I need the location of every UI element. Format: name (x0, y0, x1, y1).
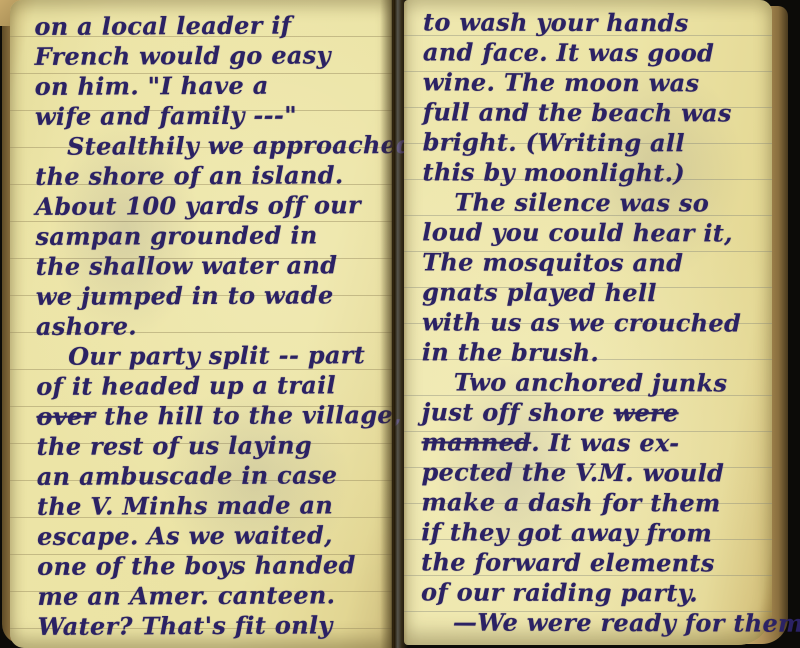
handwritten-line: me an Amer. canteen. (37, 580, 389, 612)
handwritten-line: About 100 yards off our (35, 190, 387, 222)
handwriting-segment: —We were ready for them (453, 608, 800, 638)
handwritten-line: to wash your hands (423, 7, 769, 38)
right-page: to wash your handsand face. It was goodw… (404, 0, 772, 645)
handwriting-segment: the shore of an island. (35, 160, 343, 191)
handwriting-segment: we jumped in to wade (36, 280, 334, 311)
handwriting-segment: loud you could hear it, (422, 217, 733, 247)
handwriting-segment: sampan grounded in (35, 220, 317, 250)
handwritten-line: the V. Minhs made an (37, 490, 389, 522)
handwritten-line: ashore. (36, 310, 388, 342)
handwritten-line: Two anchored junks (422, 367, 768, 398)
handwritten-line: Our party split -- part (36, 340, 388, 372)
handwritten-line: in the brush. (422, 337, 768, 368)
handwriting-segment: Two anchored junks (454, 368, 728, 398)
handwriting-segment: of our raiding party. (421, 577, 698, 607)
handwriting-segment: the rest of us laying (37, 430, 312, 460)
handwriting-segment: to wash your hands (423, 7, 689, 37)
handwritten-text-right: to wash your handsand face. It was goodw… (421, 7, 769, 638)
handwriting-segment: on a local leader if (34, 11, 291, 41)
handwritten-line: wife and family ---" (35, 100, 387, 132)
handwritten-line: of our raiding party. (421, 577, 767, 608)
handwritten-line: Water? That's fit only (37, 610, 389, 642)
handwriting-segment: the forward elements (421, 547, 715, 577)
handwriting-segment: one of the boys handed (37, 550, 356, 581)
handwritten-text-left: on a local leader ifFrench would go easy… (34, 10, 389, 642)
handwritten-line: The silence was so (422, 187, 768, 218)
handwriting-segment: French would go easy (35, 40, 331, 71)
handwritten-line: the rest of us laying (37, 430, 389, 462)
handwriting-segment: make a dash for them (421, 487, 720, 517)
handwriting-segment: About 100 yards off our (35, 190, 361, 221)
handwriting-segment: and face. It was good (423, 37, 714, 67)
handwritten-line: if they got away from (421, 517, 767, 548)
handwriting-segment: the shallow water and (36, 250, 338, 281)
handwriting-segment: The silence was so (454, 188, 709, 218)
handwriting-segment: ashore. (36, 311, 137, 341)
handwriting-segment: wine. The moon was (423, 67, 700, 97)
handwritten-line: wine. The moon was (423, 67, 769, 98)
handwritten-line: French would go easy (35, 40, 387, 72)
handwriting-segment: Water? That's fit only (37, 610, 332, 641)
handwriting-segment: with us as we crouched (422, 307, 741, 337)
left-page: on a local leader ifFrench would go easy… (10, 0, 392, 648)
handwriting-segment: . It was ex- (531, 428, 679, 458)
handwritten-line: of it headed up a trail (36, 370, 388, 402)
handwritten-line: loud you could hear it, (422, 217, 768, 248)
handwriting-segment: just off shore (422, 397, 614, 427)
handwriting-segment: pected the V.M. would (421, 457, 724, 487)
handwritten-line: gnats played hell (422, 277, 768, 308)
handwritten-line: Stealthily we approached (35, 130, 387, 162)
handwritten-line: make a dash for them (421, 487, 767, 518)
handwritten-line: full and the beach was (423, 97, 769, 128)
handwritten-line: this by moonlight.) (422, 157, 768, 188)
handwritten-line: manned. It was ex- (422, 427, 768, 458)
handwritten-line: on him. "I have a (35, 70, 387, 102)
handwritten-line: sampan grounded in (35, 220, 387, 252)
struck-out-word: over (36, 402, 95, 431)
handwritten-line: escape. As we waited, (37, 520, 389, 552)
handwritten-line: an ambuscade in case (37, 460, 389, 492)
handwriting-segment: escape. As we waited, (37, 520, 333, 551)
diary-photo: on a local leader ifFrench would go easy… (0, 0, 800, 648)
handwriting-segment: this by moonlight.) (422, 157, 685, 187)
handwriting-segment: gnats played hell (422, 277, 657, 307)
handwriting-segment: on him. "I have a (35, 71, 269, 101)
handwritten-line: the shore of an island. (35, 160, 387, 192)
handwriting-segment: bright. (Writing all (423, 127, 685, 157)
handwritten-line: just off shore were (422, 397, 768, 428)
handwritten-line: the shallow water and (36, 250, 388, 282)
handwriting-segment: me an Amer. canteen. (37, 580, 335, 611)
handwriting-segment: an ambuscade in case (37, 460, 338, 491)
struck-out-word: were (613, 398, 678, 427)
handwritten-line: we jumped in to wade (36, 280, 388, 312)
handwritten-line: pected the V.M. would (421, 457, 767, 488)
handwritten-line: over the hill to the village, (36, 400, 388, 432)
handwritten-line: on a local leader if (34, 10, 386, 42)
handwritten-line: bright. (Writing all (423, 127, 769, 158)
handwriting-segment: The mosquitos and (422, 247, 683, 277)
handwritten-line: with us as we crouched (422, 307, 768, 338)
handwriting-segment: if they got away from (421, 517, 712, 547)
handwriting-segment: Stealthily we approached (67, 130, 413, 161)
handwriting-segment: Our party split -- part (68, 340, 365, 371)
handwritten-line: the forward elements (421, 547, 767, 578)
handwriting-segment: full and the beach was (423, 97, 732, 127)
handwritten-line: The mosquitos and (422, 247, 768, 278)
handwritten-line: one of the boys handed (37, 550, 389, 582)
handwriting-segment: wife and family ---" (35, 101, 297, 131)
handwritten-line: —We were ready for them (421, 607, 767, 638)
handwriting-segment: the hill to the village, (95, 400, 401, 431)
struck-out-word: manned (422, 427, 532, 456)
handwriting-segment: of it headed up a trail (36, 370, 336, 401)
handwriting-segment: in the brush. (422, 337, 599, 367)
handwriting-segment: the V. Minhs made an (37, 490, 333, 521)
handwritten-line: and face. It was good (423, 37, 769, 68)
